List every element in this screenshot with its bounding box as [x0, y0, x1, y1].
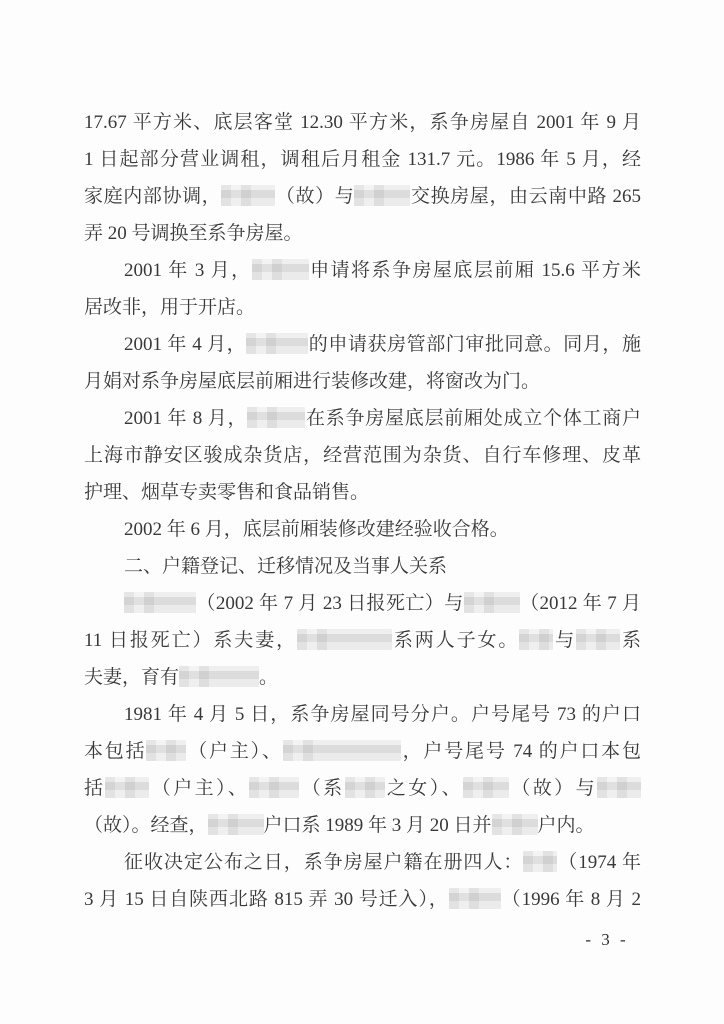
- text-run: 户内。: [538, 815, 595, 836]
- text-run: ，户号尾号 74 的户口本包: [401, 741, 641, 762]
- redacted-text: [354, 185, 410, 206]
- text-run: 2001 年 4 月，: [124, 334, 246, 355]
- redacted-text: [249, 777, 299, 798]
- redacted-text: [252, 259, 309, 280]
- redacted-text: [179, 666, 259, 687]
- doc-line: 1981 年 4 月 5 日，系争房屋同号分户。户号尾号 73 的户口: [84, 696, 641, 733]
- text-run: 的申请获房管部门审批同意。同月，施: [308, 334, 641, 355]
- document-body: 17.67 平方米、底层客堂 12.30 平方米，系争房屋自 2001 年 9 …: [84, 104, 641, 918]
- text-run: 系两人子女。: [392, 630, 519, 651]
- doc-line: 11 日报死亡）系夫妻，系两人子女。与系: [84, 622, 641, 659]
- redacted-text: [519, 629, 553, 650]
- text-run: 征收决定公布之日，系争房屋户籍在册四人：: [124, 852, 523, 873]
- text-run: 3 月 15 日自陕西北路 815 弄 30 号迁入），: [84, 889, 449, 910]
- doc-line: 1 日起部分营业调租，调租后月租金 131.7 元。1986 年 5 月，经: [84, 141, 641, 178]
- redacted-text: [463, 777, 509, 798]
- doc-line: 月娟对系争房屋底层前厢进行装修改建，将窗改为门。: [84, 363, 641, 400]
- text-run: 17.67 平方米、底层客堂 12.30 平方米，系争房屋自 2001 年 9 …: [84, 112, 641, 133]
- redacted-text: [576, 629, 620, 650]
- page-number: - 3 -: [572, 928, 642, 952]
- redacted-text: [597, 777, 641, 798]
- text-run: 在系争房屋底层前厢处成立个体工商户: [305, 408, 641, 429]
- redacted-text: [345, 777, 385, 798]
- redacted-text: [297, 629, 392, 650]
- doc-line: 2001 年 4 月，的申请获房管部门审批同意。同月，施: [84, 326, 641, 363]
- doc-line: 2002 年 6 月，底层前厢装修改建经验收合格。: [84, 511, 641, 548]
- document-page: 17.67 平方米、底层客堂 12.30 平方米，系争房屋自 2001 年 9 …: [0, 0, 724, 1024]
- section-heading: 二、户籍登记、迁移情况及当事人关系: [84, 548, 641, 585]
- redacted-text: [492, 814, 538, 835]
- text-run: （1974 年: [557, 852, 641, 873]
- doc-line: 3 月 15 日自陕西北路 815 弄 30 号迁入），（1996 年 8 月 …: [84, 881, 641, 918]
- redacted-text: [523, 851, 557, 872]
- text-run: （2002 年 7 月 23 日报死亡）与: [196, 593, 464, 614]
- text-run: 括: [84, 778, 105, 799]
- text-run: 交换房屋，由云南中路 265: [410, 186, 641, 207]
- text-run: （2012 年 7 月: [520, 593, 641, 614]
- redacted-text: [124, 592, 196, 613]
- doc-line: 夫妻，育有。: [84, 659, 641, 696]
- redacted-text: [146, 740, 186, 761]
- text-run: 与: [553, 630, 576, 651]
- doc-line: 括（户主）、（系之女）、（故）与: [84, 770, 641, 807]
- text-run: 弄 20 号调换至系争房屋。: [84, 223, 303, 244]
- redacted-text: [449, 888, 501, 909]
- text-run: 护理、烟草专卖零售和食品销售。: [84, 482, 369, 503]
- text-run: 之女）、: [385, 778, 463, 799]
- redacted-text: [221, 185, 275, 206]
- text-run: 月娟对系争房屋底层前厢进行装修改建，将窗改为门。: [84, 371, 540, 392]
- text-run: 1 日起部分营业调租，调租后月租金 131.7 元。1986 年 5 月，经: [84, 149, 641, 170]
- text-run: 2001 年 3 月，: [124, 260, 252, 281]
- text-run: 上海市静安区骏成杂货店，经营范围为杂货、自行车修理、皮革: [84, 445, 641, 466]
- doc-line: 2001 年 8 月，在系争房屋底层前厢处成立个体工商户: [84, 400, 641, 437]
- text-run: （故）。经查，: [84, 815, 208, 836]
- text-run: 本包括: [84, 741, 146, 762]
- text-run: 户口系 1989 年 3 月 20 日并: [264, 815, 492, 836]
- text-run: 家庭内部协调，: [84, 186, 221, 207]
- redacted-text: [208, 814, 264, 835]
- doc-line: 17.67 平方米、底层客堂 12.30 平方米，系争房屋自 2001 年 9 …: [84, 104, 641, 141]
- text-run: 1981 年 4 月 5 日，系争房屋同号分户。户号尾号 73 的户口: [124, 704, 641, 725]
- text-run: 11 日报死亡）系夫妻，: [84, 630, 297, 651]
- doc-line: （故）。经查，户口系 1989 年 3 月 20 日并户内。: [84, 807, 641, 844]
- text-run: （1996 年 8 月 2: [501, 889, 641, 910]
- text-run: 2002 年 6 月，底层前厢装修改建经验收合格。: [124, 519, 509, 540]
- text-run: 居改非，用于开店。: [84, 297, 255, 318]
- doc-line: 本包括（户主）、，户号尾号 74 的户口本包: [84, 733, 641, 770]
- doc-line: 征收决定公布之日，系争房屋户籍在册四人：（1974 年: [84, 844, 641, 881]
- text-run: 申请将系争房屋底层前厢 15.6 平方米: [309, 260, 641, 281]
- doc-line: 弄 20 号调换至系争房屋。: [84, 215, 641, 252]
- redacted-text: [105, 777, 149, 798]
- doc-line: 居改非，用于开店。: [84, 289, 641, 326]
- text-run: （系: [299, 778, 344, 799]
- text-run: （户主）、: [186, 741, 282, 762]
- doc-line: 2001 年 3 月，申请将系争房屋底层前厢 15.6 平方米: [84, 252, 641, 289]
- text-run: 夫妻，育有: [84, 667, 179, 688]
- redacted-text: [464, 592, 520, 613]
- redacted-text: [283, 740, 401, 761]
- text-run: 系: [620, 630, 641, 651]
- doc-line: 上海市静安区骏成杂货店，经营范围为杂货、自行车修理、皮革: [84, 437, 641, 474]
- text-run: （故）与: [275, 186, 354, 207]
- doc-line: 家庭内部协调，（故）与交换房屋，由云南中路 265: [84, 178, 641, 215]
- doc-line: （2002 年 7 月 23 日报死亡）与（2012 年 7 月: [84, 585, 641, 622]
- redacted-text: [247, 407, 305, 428]
- text-run: 二、户籍登记、迁移情况及当事人关系: [124, 556, 447, 577]
- text-run: （故）与: [509, 778, 597, 799]
- redacted-text: [246, 333, 308, 354]
- doc-line: 护理、烟草专卖零售和食品销售。: [84, 474, 641, 511]
- text-run: 2001 年 8 月，: [124, 408, 247, 429]
- text-run: 。: [259, 667, 278, 688]
- text-run: （户主）、: [149, 778, 249, 799]
